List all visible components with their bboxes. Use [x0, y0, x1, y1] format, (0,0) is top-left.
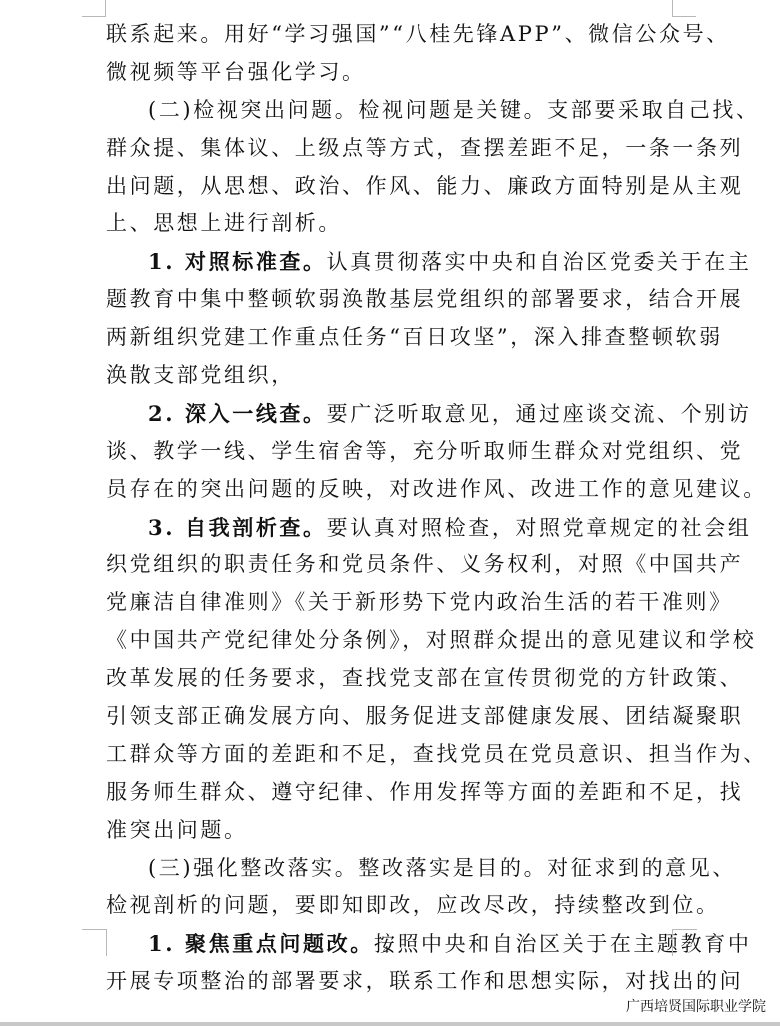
- text-run: 题教育中集中整顿软弱涣散基层党组织的部署要求，结合开展: [106, 287, 743, 311]
- text-run: (二)检视突出问题。检视问题是关键。支部要采取自己找、: [148, 98, 760, 122]
- text-line: 2. 深入一线查。要广泛听取意见，通过座谈交流、个别访: [106, 395, 672, 433]
- viewer-bottom-edge: [0, 1022, 780, 1026]
- text-line: 上、思想上进行剖析。: [106, 205, 672, 243]
- text-run: 织党组织的职责任务和党员条件、义务权利，对照《中国共产: [106, 552, 743, 576]
- text-run: 两新组织党建工作重点任务“百日攻坚”，深入排查整顿软弱: [106, 325, 723, 349]
- text-run: 涣散支部党组织，: [106, 363, 295, 387]
- text-run: 党廉洁自律准则》《关于新形势下党内政治生活的若干准则》: [106, 590, 733, 614]
- text-line: 改革发展的任务要求，查找党支部在宣传贯彻党的方针政策、: [106, 660, 672, 698]
- text-line: 两新组织党建工作重点任务“百日攻坚”，深入排查整顿软弱: [106, 319, 672, 357]
- text-run: 检视剖析的问题，要即知即改，应改尽改，持续整改到位。: [106, 893, 720, 917]
- text-run: 改革发展的任务要求，查找党支部在宣传贯彻党的方针政策、: [106, 666, 743, 690]
- text-run: 员存在的突出问题的反映，对改进作风、改进工作的意见建议。: [106, 477, 767, 501]
- text-run: 群众提、集体议、上级点等方式，查摆差距不足，一条一条列: [106, 136, 743, 160]
- heading-run: 1. 聚焦重点问题改。: [148, 931, 374, 956]
- text-run: 微视频等平台强化学习。: [106, 60, 366, 84]
- crop-mark-bottom-right: [672, 929, 697, 956]
- text-run: 服务师生群众、遵守纪律、作用发挥等方面的差距和不足，找: [106, 780, 743, 804]
- text-run: 《中国共产党纪律处分条例》，对照群众提出的意见建议和学校: [106, 628, 756, 652]
- text-run: 联系起来。用好“学习强国”“八桂先锋APP”、微信公众号、: [106, 22, 730, 46]
- text-line: 开展专项整治的部署要求，联系工作和思想实际，对找出的问: [106, 963, 672, 1001]
- text-line: 《中国共产党纪律处分条例》，对照群众提出的意见建议和学校: [106, 622, 672, 660]
- text-line: 谈、教学一线、学生宿舍等，充分听取师生群众对党组织、党: [106, 433, 672, 471]
- text-line: 题教育中集中整顿软弱涣散基层党组织的部署要求，结合开展: [106, 281, 672, 319]
- text-line: 微视频等平台强化学习。: [106, 54, 672, 92]
- page-number: 4: [383, 944, 389, 956]
- text-run: 要广泛听取意见，通过座谈交流、个别访: [327, 402, 752, 426]
- text-line: 检视剖析的问题，要即知即改，应改尽改，持续整改到位。: [106, 887, 672, 925]
- text-line: 3. 自我剖析查。要认真对照检查，对照党章规定的社会组: [106, 509, 672, 547]
- text-line: (三)强化整改落实。整改落实是目的。对征求到的意见、: [106, 850, 672, 888]
- institution-watermark: 广西培贤国际职业学院: [626, 996, 766, 1016]
- text-line: 引领支部正确发展方向、服务促进支部健康发展、团结凝聚职: [106, 698, 672, 736]
- text-run: 认真贯彻落实中央和自治区党委关于在主: [327, 250, 752, 274]
- document-body: 联系起来。用好“学习强国”“八桂先锋APP”、微信公众号、微视频等平台强化学习。…: [106, 16, 672, 1001]
- text-run: 开展专项整治的部署要求，联系工作和思想实际，对找出的问: [106, 969, 743, 993]
- text-run: 上、思想上进行剖析。: [106, 211, 342, 235]
- text-line: 党廉洁自律准则》《关于新形势下党内政治生活的若干准则》: [106, 584, 672, 622]
- text-run: 引领支部正确发展方向、服务促进支部健康发展、团结凝聚职: [106, 704, 743, 728]
- text-line: 服务师生群众、遵守纪律、作用发挥等方面的差距和不足，找: [106, 774, 672, 812]
- heading-run: 2. 深入一线查。: [148, 401, 327, 426]
- heading-run: 3. 自我剖析查。: [148, 515, 327, 540]
- text-run: (三)强化整改落实。整改落实是目的。对征求到的意见、: [148, 856, 736, 880]
- text-line: 1. 聚焦重点问题改。按照中央和自治区关于在主题教育中: [106, 925, 672, 963]
- text-line: 工群众等方面的差距和不足，查找党员在党员意识、担当作为、: [106, 736, 672, 774]
- heading-run: 1. 对照标准查。: [148, 249, 327, 274]
- text-line: 1. 对照标准查。认真贯彻落实中央和自治区党委关于在主: [106, 243, 672, 281]
- text-line: 群众提、集体议、上级点等方式，查摆差距不足，一条一条列: [106, 130, 672, 168]
- text-line: 出问题，从思想、政治、作风、能力、廉政方面特别是从主观: [106, 168, 672, 206]
- crop-mark-top-right: [672, 0, 696, 17]
- text-run: 谈、教学一线、学生宿舍等，充分听取师生群众对党组织、党: [106, 439, 743, 463]
- text-run: 要认真对照检查，对照党章规定的社会组: [327, 516, 752, 540]
- text-line: 员存在的突出问题的反映，对改进作风、改进工作的意见建议。: [106, 471, 672, 509]
- text-run: 工群众等方面的差距和不足，查找党员在党员意识、担当作为、: [106, 742, 767, 766]
- text-line: 织党组织的职责任务和党员条件、义务权利，对照《中国共产: [106, 546, 672, 584]
- text-line: 准突出问题。: [106, 812, 672, 850]
- text-run: 准突出问题。: [106, 818, 248, 842]
- text-line: 涣散支部党组织，: [106, 357, 672, 395]
- crop-mark-top-left: [82, 0, 106, 17]
- text-line: (二)检视突出问题。检视问题是关键。支部要采取自己找、: [106, 92, 672, 130]
- text-run: 出问题，从思想、政治、作风、能力、廉政方面特别是从主观: [106, 174, 743, 198]
- document-page: 联系起来。用好“学习强国”“八桂先锋APP”、微信公众号、微视频等平台强化学习。…: [0, 0, 780, 1022]
- crop-mark-bottom-left: [82, 929, 107, 956]
- text-line: 联系起来。用好“学习强国”“八桂先锋APP”、微信公众号、: [106, 16, 672, 54]
